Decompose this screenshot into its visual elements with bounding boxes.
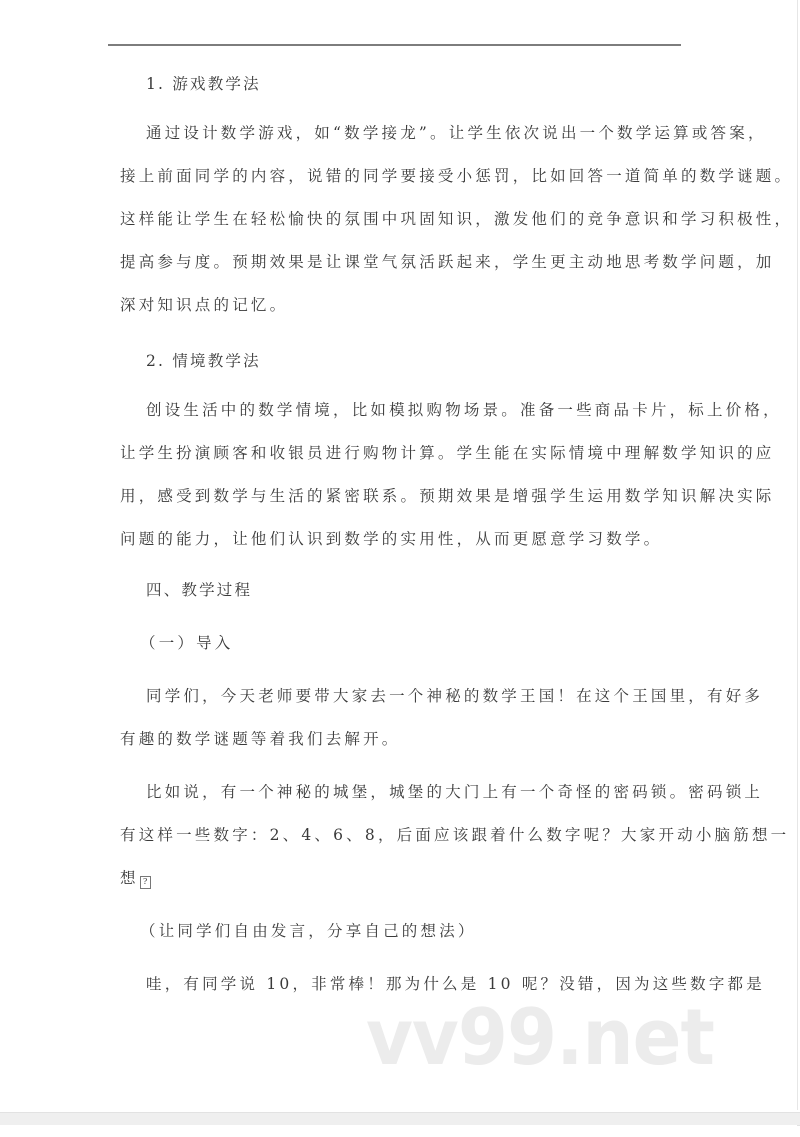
paragraph-line-end: 想?	[120, 868, 151, 889]
teacher-note: （让同学们自由发言，分享自己的想法）	[140, 921, 477, 941]
paragraph-line: 提高参与度。预期效果是让课堂气氛活跃起来，学生更主动地思考数学问题，加	[120, 252, 775, 272]
page-separator	[0, 1112, 800, 1126]
paragraph-line: 让学生扮演顾客和收银员进行购物计算。学生能在实际情境中理解数学知识的应	[120, 443, 775, 463]
header-rule	[108, 44, 681, 46]
section-title-situational-method: 2. 情境教学法	[146, 351, 261, 371]
paragraph-line: 深对知识点的记忆。	[120, 295, 288, 315]
paragraph-line: 比如说，有一个神秘的城堡，城堡的大门上有一个奇怪的密码锁。密码锁上	[146, 782, 763, 802]
paragraph-line: 用，感受到数学与生活的紧密联系。预期效果是增强学生运用数学知识解决实际	[120, 486, 775, 506]
section-title-game-method: 1. 游戏教学法	[146, 74, 261, 94]
paragraph-line: 有这样一些数字：2、4、6、8，后面应该跟着什么数字呢？大家开动小脑筋想一	[120, 825, 789, 845]
watermark: vv99.net	[366, 992, 714, 1083]
next-page-top	[0, 1125, 797, 1137]
paragraph-line: 接上前面同学的内容，说错的同学要接受小惩罚，比如回答一道简单的数学谜题。	[120, 166, 793, 186]
section-title-teaching-process: 四、教学过程	[146, 580, 252, 600]
paragraph-line: 有趣的数学谜题等着我们去解开。	[120, 729, 401, 749]
paragraph-line: 创设生活中的数学情境，比如模拟购物场景。准备一些商品卡片，标上价格，	[146, 400, 782, 420]
paragraph-line: 同学们，今天老师要带大家去一个神秘的数学王国！在这个王国里，有好多	[146, 686, 763, 706]
paragraph-line: 问题的能力，让他们认识到数学的实用性，从而更愿意学习数学。	[120, 529, 662, 549]
missing-glyph-icon: ?	[140, 876, 151, 889]
paragraph-line: 这样能让学生在轻松愉快的氛围中巩固知识，激发他们的竞争意识和学习积极性，	[120, 209, 793, 229]
paragraph-line: 通过设计数学游戏，如“数学接龙”。让学生依次说出一个数学运算或答案，	[146, 123, 767, 143]
paragraph-text: 想	[120, 869, 139, 887]
subsection-title-introduction: （一）导入	[140, 633, 234, 653]
document-page: 1. 游戏教学法 通过设计数学游戏，如“数学接龙”。让学生依次说出一个数学运算或…	[0, 0, 798, 1110]
